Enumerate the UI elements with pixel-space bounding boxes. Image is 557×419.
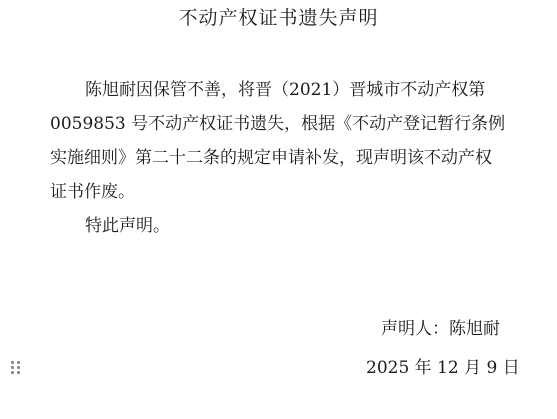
body-line-1: 陈旭耐因保管不善，将晋（2021）晋城市不动产权第 xyxy=(50,73,510,107)
drag-dot xyxy=(17,371,20,374)
document-body: 陈旭耐因保管不善，将晋（2021）晋城市不动产权第 0059853 号不动产权证… xyxy=(50,73,510,243)
body-line-2: 0059853 号不动产权证书遗失，根据《不动产登记暂行条例 xyxy=(50,107,510,141)
drag-dot xyxy=(17,366,20,369)
drag-dot xyxy=(11,366,14,369)
drag-dot xyxy=(17,361,20,364)
closing-statement: 特此声明。 xyxy=(50,209,510,243)
document-title: 不动产权证书遗失声明 xyxy=(0,5,557,31)
drag-dot xyxy=(11,371,14,374)
body-line-3: 实施细则》第二十二条的规定申请补发，现声明该不动产权 xyxy=(50,141,510,175)
signature: 声明人：陈旭耐 xyxy=(381,316,500,342)
drag-handle-icon[interactable] xyxy=(11,361,21,375)
drag-dot xyxy=(11,361,14,364)
declaration-date: 2025 年 12 月 9 日 xyxy=(366,355,520,381)
body-line-4: 证书作废。 xyxy=(50,175,510,209)
